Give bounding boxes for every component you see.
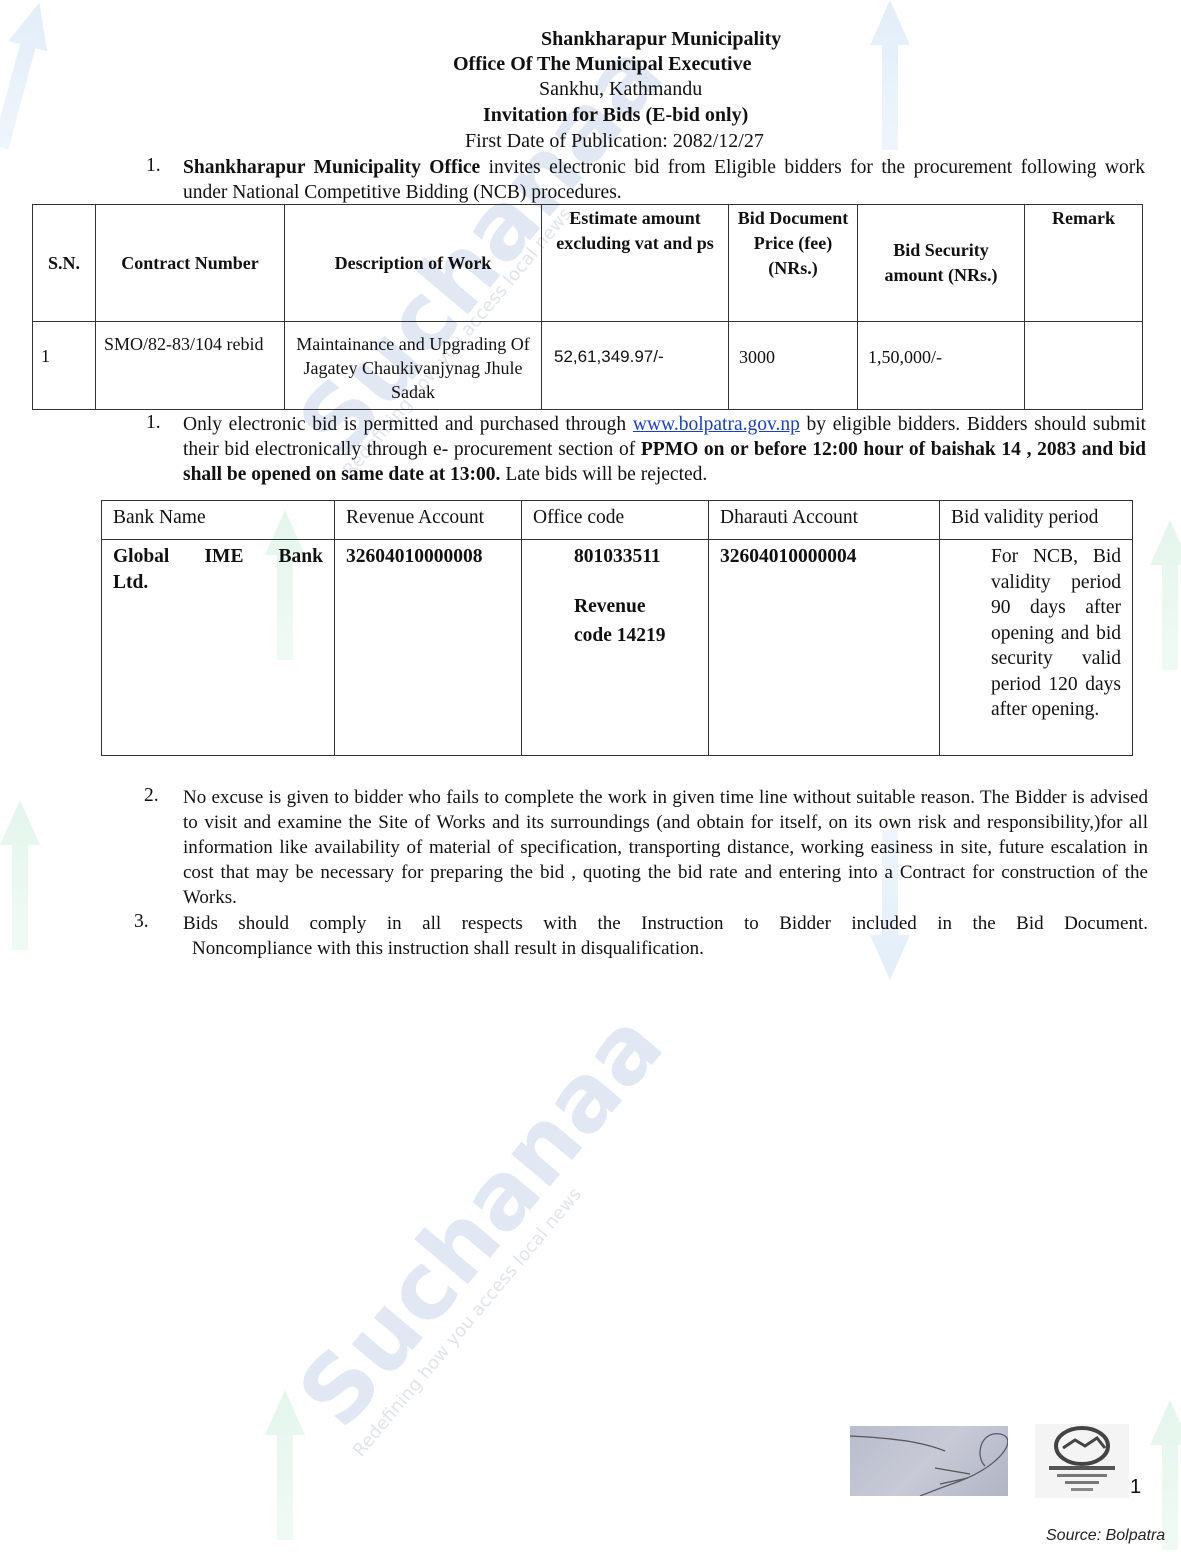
col-dharauti-account: Dharauti Account: [709, 501, 940, 540]
col-office-code: Office code: [522, 501, 709, 540]
watermark-arrow-icon: [0, 800, 40, 950]
office-code-value: 801033511: [574, 544, 697, 570]
cell-office-code: 801033511 Revenue code 14219: [522, 540, 709, 756]
revenue-code: Revenue code 14219: [574, 592, 684, 650]
office-name: Office Of The Municipal Executive: [453, 53, 752, 76]
clause1-paragraph: Only electronic bid is permitted and pur…: [183, 412, 1146, 487]
col-revenue-account: Revenue Account: [335, 501, 522, 540]
cell-sn: 1: [33, 322, 96, 410]
col-estimate: Estimate amount excluding vat and ps: [542, 205, 729, 322]
clause3-text2: Noncompliance with this instruction shal…: [183, 936, 1148, 961]
table-row: 1 SMO/82-83/104 rebid Maintainance and U…: [33, 322, 1143, 410]
clause3-text: Bids should comply in all respects with …: [183, 911, 1148, 936]
cell-security: 1,50,000/-: [858, 322, 1025, 410]
clause3-number: 3.: [134, 911, 149, 933]
col-contract-number: Contract Number: [96, 205, 285, 322]
intro-paragraph: Shankharapur Municipality Office invites…: [183, 155, 1145, 205]
cell-bid-validity: For NCB, Bid validity period 90 days aft…: [940, 540, 1133, 756]
cell-dharauti-account: 32604010000004: [709, 540, 940, 756]
col-bank-name: Bank Name: [102, 501, 335, 540]
watermark-arrow-icon: [0, 0, 59, 153]
cell-contract-number: SMO/82-83/104 rebid: [96, 322, 285, 410]
clause2-number: 2.: [144, 785, 159, 807]
official-stamp: [1035, 1424, 1129, 1498]
col-bid-validity: Bid validity period: [940, 501, 1133, 540]
cell-remark: [1025, 322, 1143, 410]
source-credit: Source: Bolpatra: [1046, 1527, 1165, 1545]
watermark-brand: Suchanaa: [278, 992, 684, 1447]
intro-number: 1.: [146, 155, 161, 177]
clause2-paragraph: No excuse is given to bidder who fails t…: [183, 785, 1148, 910]
cell-description: Maintainance and Upgrading Of Jagatey Ch…: [285, 322, 542, 410]
cell-revenue-account: 32604010000008: [335, 540, 522, 756]
clause1-number: 1.: [146, 412, 161, 434]
intro-bold-lead: Shankharapur Municipality Office: [183, 157, 480, 178]
works-table-header: S.N. Contract Number Description of Work…: [33, 205, 1143, 322]
bolpatra-link[interactable]: www.bolpatra.gov.np: [633, 414, 800, 435]
org-name: Shankharapur Municipality: [541, 28, 781, 51]
document-title: Invitation for Bids (E-bid only): [483, 104, 748, 127]
col-sn: S.N.: [33, 205, 96, 322]
col-security: Bid Security amount (NRs.): [858, 205, 1025, 322]
col-doc-price: Bid Document Price (fee) (NRs.): [729, 205, 858, 322]
clause1-text: Only electronic bid is permitted and pur…: [183, 414, 633, 435]
bank-table-header: Bank Name Revenue Account Office code Dh…: [102, 501, 1133, 540]
watermark-arrow-icon: [265, 1390, 305, 1540]
clause3-paragraph: Bids should comply in all respects with …: [183, 911, 1148, 961]
watermark-tagline: Redefining how you access local news: [349, 1184, 586, 1461]
cell-estimate: 52,61,349.97/-: [542, 322, 729, 410]
watermark-arrow-icon: [1150, 520, 1181, 670]
signature-image: [850, 1426, 1008, 1496]
clause1-text: Late bids will be rejected.: [500, 464, 707, 485]
table-row: Global IME Bank Ltd. 32604010000008 8010…: [102, 540, 1133, 756]
cell-doc-price: 3000: [729, 322, 858, 410]
bank-table: Bank Name Revenue Account Office code Dh…: [101, 500, 1133, 756]
publication-date: First Date of Publication: 2082/12/27: [465, 130, 764, 153]
cell-bank-name: Global IME Bank Ltd.: [102, 540, 335, 756]
col-remark: Remark: [1025, 205, 1143, 322]
works-table: S.N. Contract Number Description of Work…: [32, 204, 1143, 410]
col-description: Description of Work: [285, 205, 542, 322]
watermark-arrow-icon: [870, 0, 910, 150]
page-number: 1: [1130, 1476, 1141, 1499]
office-address: Sankhu, Kathmandu: [539, 78, 702, 101]
